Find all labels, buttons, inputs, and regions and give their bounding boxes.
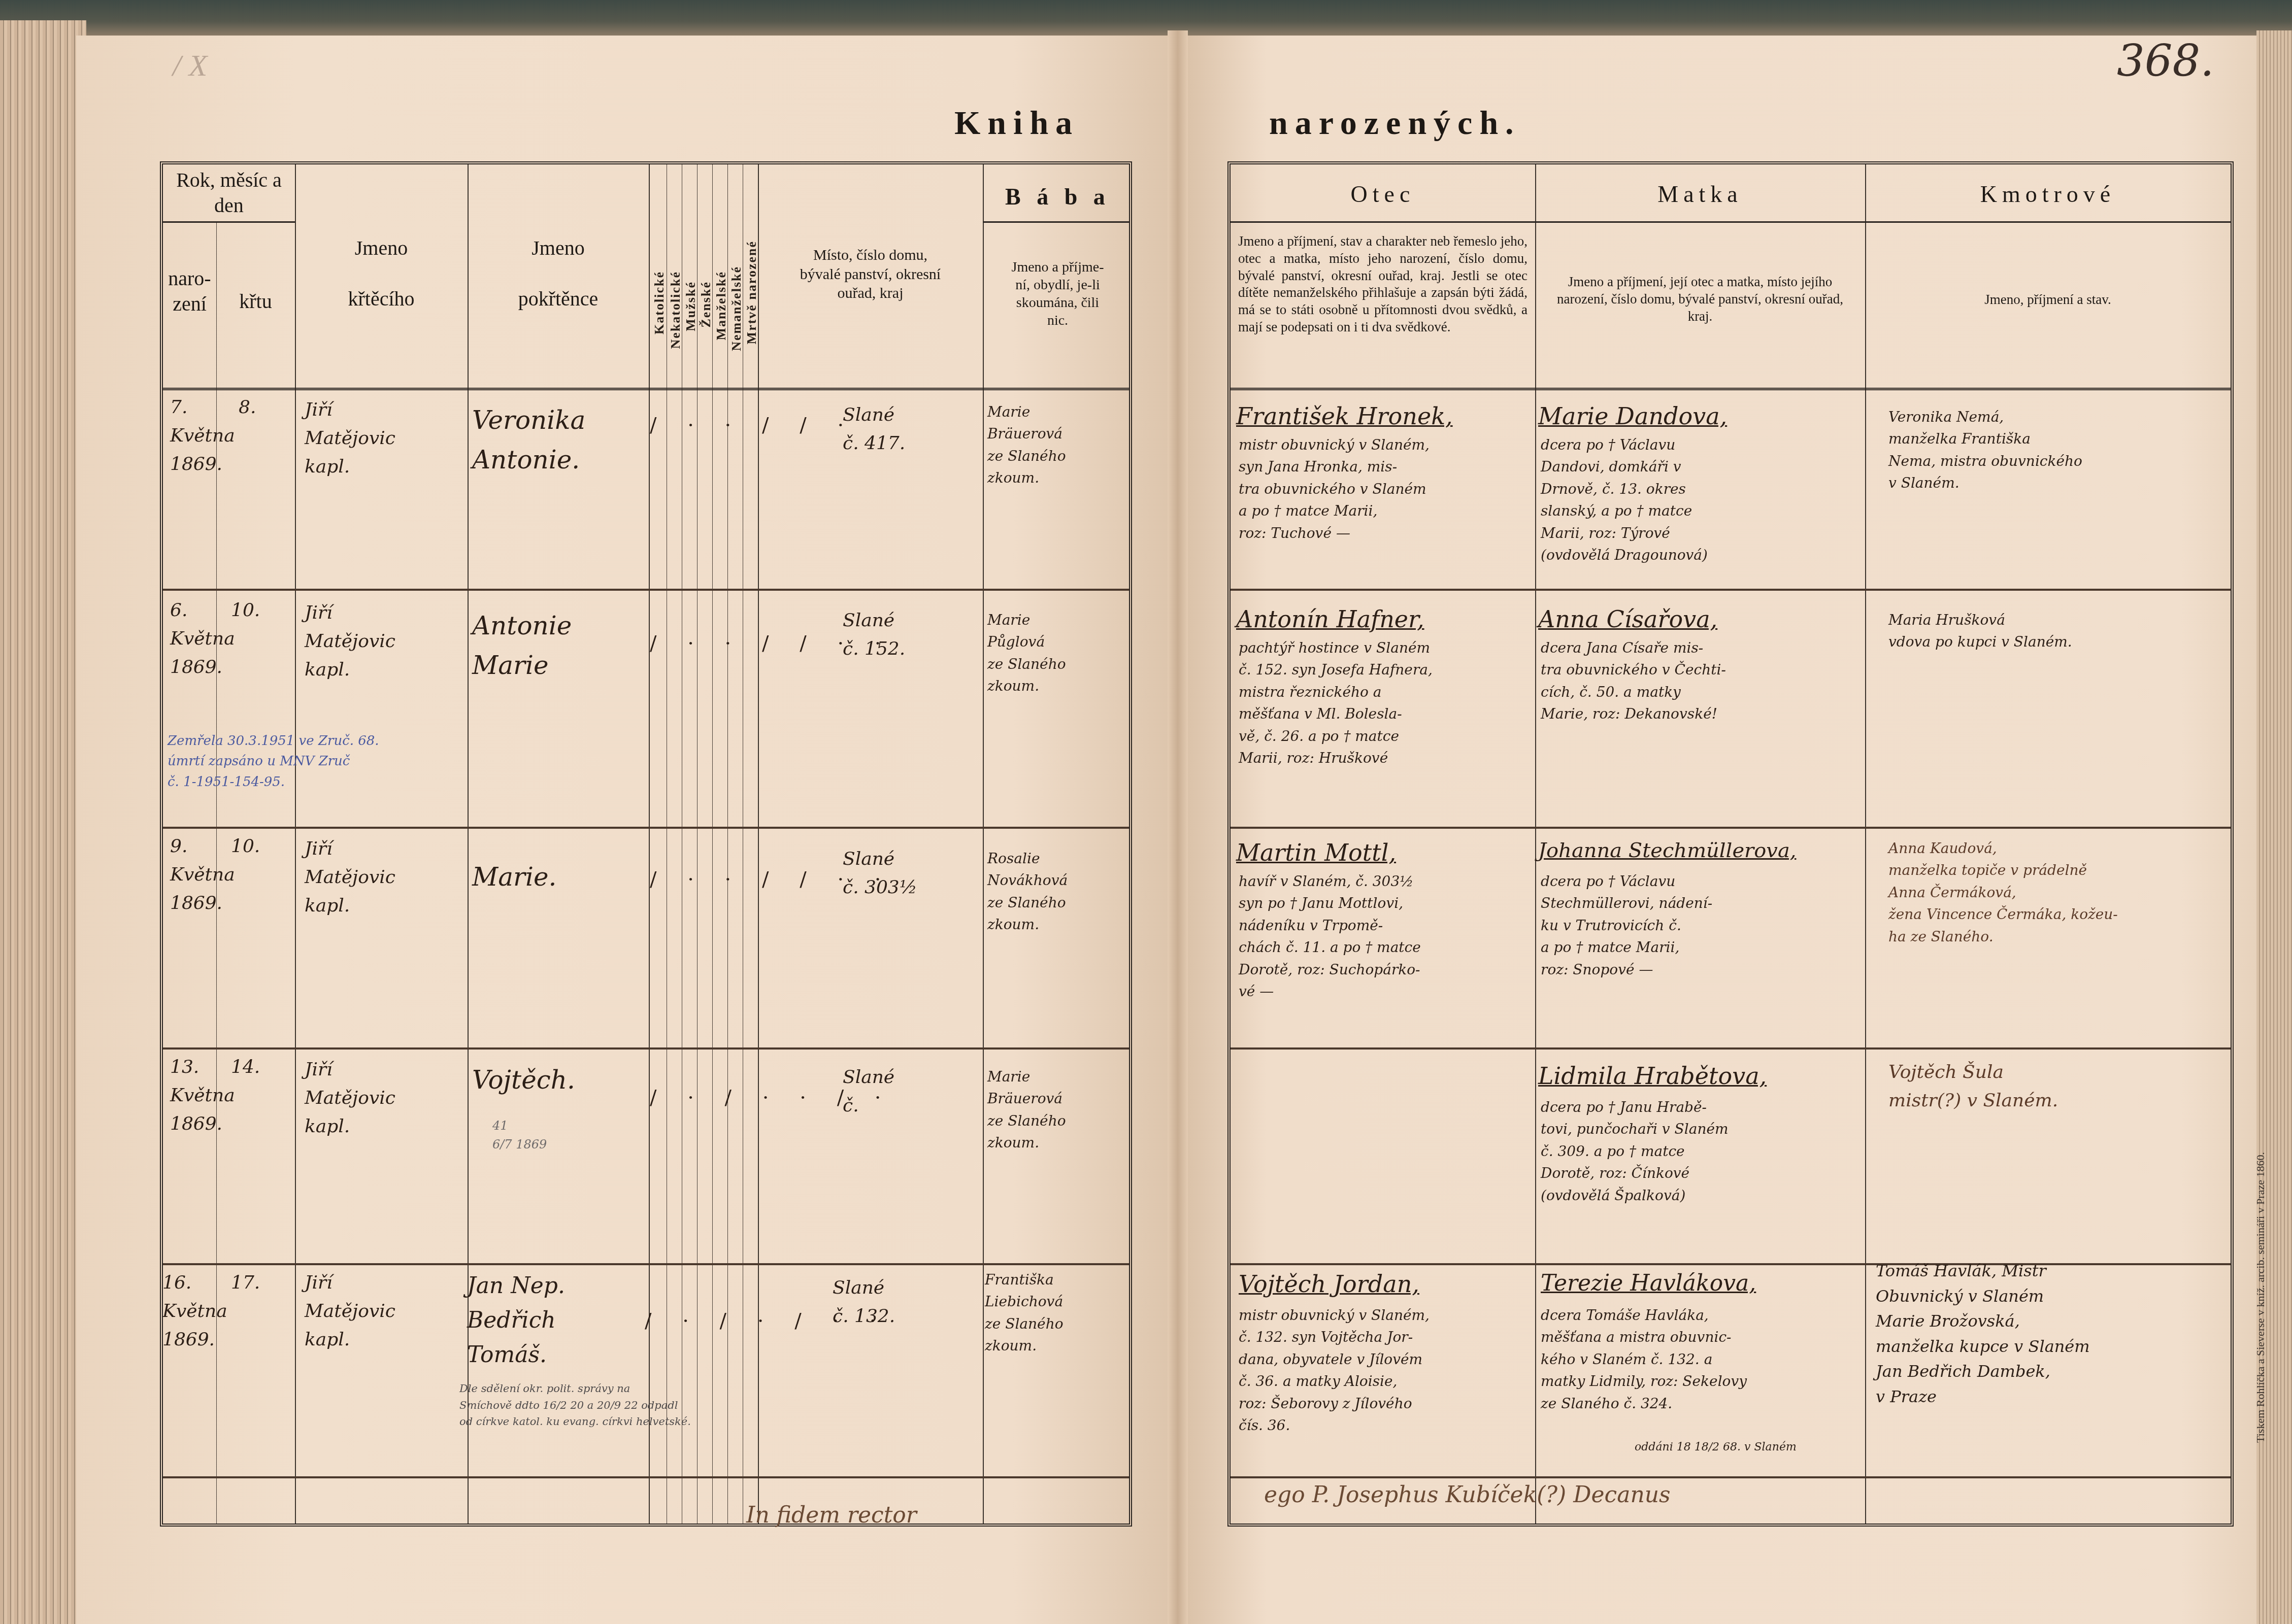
entry-midwife: Františka Liebichová ze Slaného zkoum. [985,1269,1064,1357]
title-right: narozených. [1269,104,1521,143]
entry-mother-details: dcera po † Václavu Dandovi, domkáři v Dr… [1541,434,1708,566]
entry-child-name: Jan Nep. Bedřich Tomáš. [467,1269,565,1373]
entry-mother-name: Johanna Stechmüllerova, [1538,835,1796,866]
entry-mother-details: dcera Tomáše Havláka, měšťana a mistra o… [1541,1304,1747,1414]
header-midwife-title: B á b a [983,182,1133,212]
header-mother-title: Matka [1535,180,1865,209]
entry-place: Slané č. 417. [843,401,905,458]
entry-midwife: Marie Půglová ze Slaného zkoum. [987,609,1066,697]
signature-right: ego P. Josephus Kubíček(?) Decanus [1264,1482,1671,1508]
header-baptizer: Jmeno křtěcího [295,235,468,312]
entry-baptism-date: 10. [231,832,260,861]
header-date-group: Rok, měsíc a den [163,167,295,218]
header-godparents-desc: Jmeno, příjmení a stav. [1865,291,2231,309]
entry-father-name: Antonín Hafner, [1236,601,1424,637]
entry-father-details: mistr obuvnický v Slaném, č. 132. syn Vo… [1239,1304,1430,1436]
entry-father-details: pachtýř hostince v Slaném č. 152. syn Jo… [1239,637,1433,769]
entry-father-details: havíř v Slaném, č. 303½ syn po † Janu Mo… [1239,870,1421,1002]
header-flag-male: Mužské [683,281,699,331]
page-number: 368. [2117,36,2214,86]
entry-baptizer: Jiří Matějovic kapl. [305,396,395,481]
entry-mother-name: Terezie Havlákova, [1541,1266,1756,1301]
page-stack-left [0,20,86,1624]
header-flag-stillborn: Mrtvě narozené [744,241,759,344]
entry-father-name: Vojtěch Jordan, [1239,1266,1419,1302]
header-flag-catholic: Katolické [652,271,667,334]
title-left: Kniha [954,104,1079,143]
entry-mother-details: dcera po † Janu Hrabě- tovi, punčochaři … [1541,1096,1729,1206]
entry-flag-marks: / · · / / · [650,414,856,437]
header-mother-desc: Jmeno a příjmení, její otec a matka, mís… [1555,274,1845,325]
entry-mother-details: dcera Jana Císaře mis- tra obuvnického v… [1541,637,1726,725]
entry-place: Slané č. [843,1063,894,1120]
entry-godparents: Tomáš Havlák, Mistr Obuvnický v Slaném M… [1876,1259,2090,1410]
entry-godparents: Anna Kaudová, manželka topiče v prádelně… [1888,837,2118,948]
entry-child-name: Marie. [472,858,556,897]
header-flag-illegitimate: Nemanželské [729,266,744,351]
entry-baptizer: Jiří Matějovic kapl. [305,835,395,920]
entry-baptizer: Jiří Matějovic kapl. [305,1056,395,1140]
entry-death-annotation: Zemřela 30.3.1951 ve Zruč. 68. úmrtí zap… [168,731,379,792]
header-flag-noncatholic: Nekatolické [668,271,683,349]
entry-child-name: Veronika Antonie. [472,401,585,480]
entry-child-name: Vojtěch. [472,1061,575,1100]
signature-left: In fidem rector [746,1502,917,1528]
header-birth: naro- zení [163,266,216,317]
entry-father-name: Martin Mottl, [1236,835,1396,871]
entry-mother-name: Lidmila Hrabětova, [1538,1058,1767,1094]
entry-place: Slané č. 152. [843,606,905,663]
entry-baptism-date: 10. [231,596,260,625]
entry-child-note: Dle sdělení okr. polit. správy na Smícho… [459,1380,691,1430]
header-flag-female: Ženské [699,281,714,327]
entry-place: Slané č. 303½ [843,845,917,902]
entry-birth-date: 9. Května 1869. [170,832,235,917]
entry-godparents: Vojtěch Šula mistr(?) v Slaném. [1888,1058,2058,1115]
entry-baptism-date: 8. [239,393,256,422]
corner-mark: / X [173,48,207,83]
book-top-edge [0,0,2292,36]
entry-birth-date: 6. Května 1869. [170,596,235,681]
header-godparents-title: Kmotrové [1865,180,2231,209]
header-place: Místo, číslo domu, bývalé panství, okres… [758,246,983,303]
entry-mother-name: Marie Dandova, [1538,398,1727,434]
entry-father-details: mistr obuvnický v Slaném, syn Jana Hronk… [1239,434,1430,544]
header-baptized: Jmeno pokřtěnce [468,235,649,312]
entry-child-note: 41 6/7 1869 [492,1116,547,1154]
entry-place: Slané č. 132. [833,1274,895,1331]
entry-baptism-date: 14. [231,1053,260,1081]
header-father-title: Otec [1231,180,1535,209]
entry-midwife: Marie Bräuerová ze Slaného zkoum. [987,401,1066,489]
header-flag-legitimate: Manželské [714,271,729,340]
entry-baptism-date: 17. [231,1269,260,1297]
entry-baptizer: Jiří Matějovic kapl. [305,599,395,684]
entry-father-name: František Hronek, [1236,398,1453,434]
book-gutter [1168,30,1188,1624]
entry-mother-name: Anna Císařova, [1538,601,1717,637]
header-midwife-desc: Jmeno a příjme- ní, obydlí, je-li skoumá… [983,258,1133,329]
header-father-desc: Jmeno a příjmení, stav a charakter neb ř… [1238,233,1527,336]
entry-birth-date: 13. Května 1869. [170,1053,235,1138]
entry-midwife: Marie Bräuerová ze Slaného zkoum. [987,1066,1066,1154]
entry-godparents: Veronika Nemá, manželka Františka Nema, … [1888,406,2082,494]
entry-birth-date: 16. Května 1869. [162,1269,227,1354]
entry-midwife: Rosalie Novákhová ze Slaného zkoum. [987,848,1068,936]
entry-baptizer: Jiří Matějovic kapl. [305,1269,395,1354]
printer-imprint: Tiskem Rohlíčka a Sieverse v kníž. arcib… [2254,1152,2267,1443]
entry-mother-details: dcera po † Václavu Stechmüllerovi, náden… [1541,870,1712,980]
header-baptism: křtu [216,289,295,314]
entry-birth-date: 7. Května 1869. [170,393,235,478]
entry-mother-note: oddáni 18 18/2 68. v Slaném [1635,1439,1797,1456]
entry-godparents: Maria Hrušková vdova po kupci v Slaném. [1888,609,2072,653]
entry-child-name: Antonie Marie [472,606,572,685]
